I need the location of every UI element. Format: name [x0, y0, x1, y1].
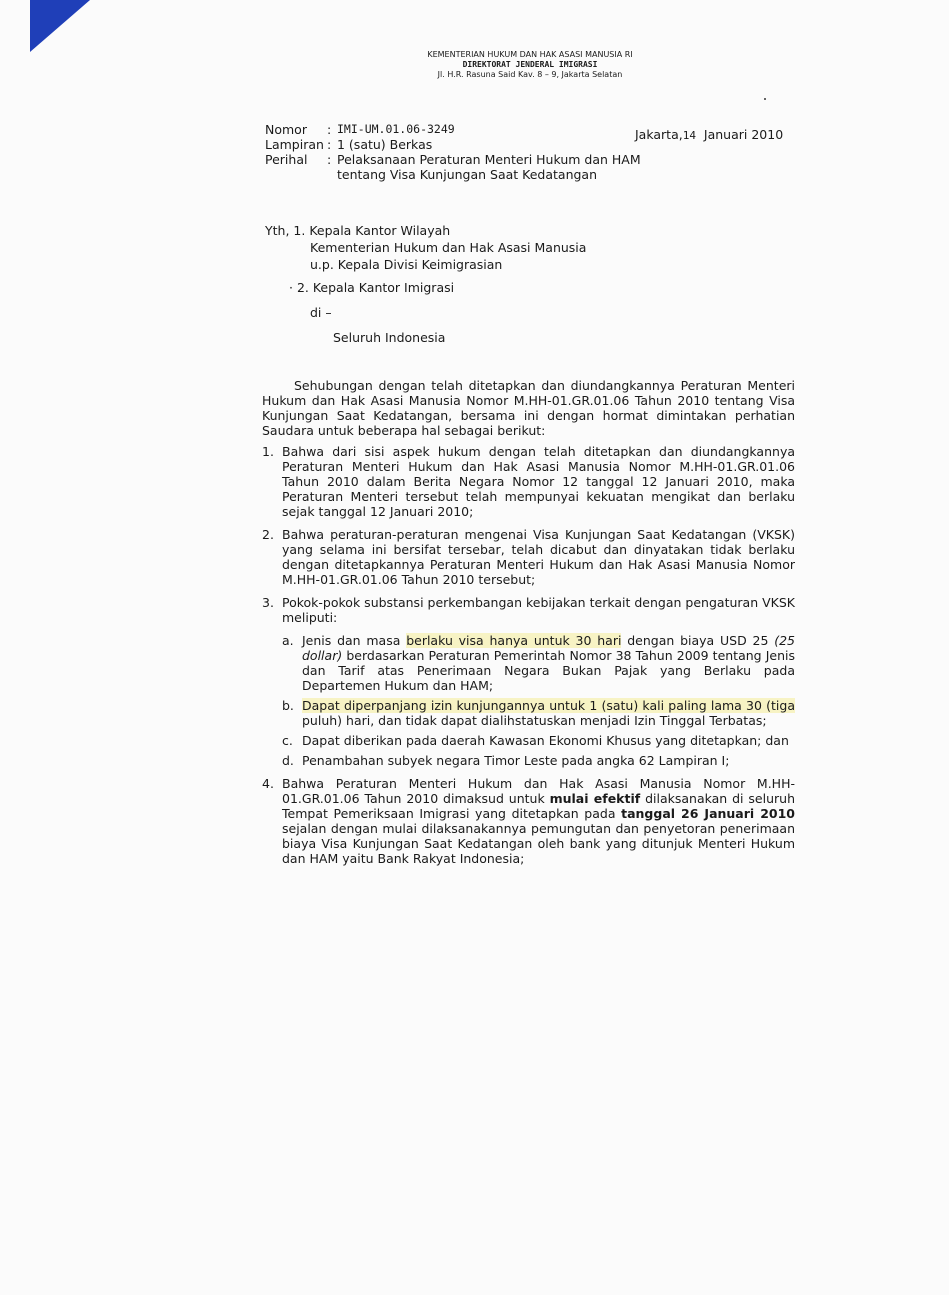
highlighted-text: Dapat diperpanjang izin kunjungannya unt…	[302, 698, 795, 713]
nomor-label: Nomor	[265, 122, 327, 137]
point-1: 1.Bahwa dari sisi aspek hukum dengan tel…	[262, 444, 795, 519]
ministry-name: KEMENTERIAN HUKUM DAN HAK ASASI MANUSIA …	[380, 50, 680, 60]
point-2: 2.Bahwa peraturan-peraturan mengenai Vis…	[262, 527, 795, 587]
perihal-row: Perihal : Pelaksanaan Peraturan Menteri …	[265, 152, 805, 182]
letterhead: KEMENTERIAN HUKUM DAN HAK ASASI MANUSIA …	[380, 50, 680, 80]
point-4: 4.Bahwa Peraturan Menteri Hukum dan Hak …	[262, 776, 795, 866]
recipients: Yth, 1. Kepala Kantor Wilayah Kementeria…	[265, 222, 586, 346]
directorate-name: DIREKTORAT JENDERAL IMIGRASI	[380, 60, 680, 70]
recipient-location: Seluruh Indonesia	[265, 329, 586, 346]
points-list: 1.Bahwa dari sisi aspek hukum dengan tel…	[262, 444, 795, 866]
address: Jl. H.R. Rasuna Said Kav. 8 – 9, Jakarta…	[380, 70, 680, 80]
nomor-value: IMI-UM.01.06-3249	[337, 122, 455, 137]
perihal-value: Pelaksanaan Peraturan Menteri Hukum dan …	[337, 152, 641, 182]
sub-point-b: b.Dapat diperpanjang izin kunjungannya u…	[282, 698, 795, 728]
letter-date: Jakarta,14 Januari 2010	[635, 127, 783, 142]
recipient-2: · 2. Kepala Kantor Imigrasi	[265, 279, 586, 296]
point-3: 3.Pokok-pokok substansi perkembangan keb…	[262, 595, 795, 768]
sub-point-c: c.Dapat diberikan pada daerah Kawasan Ek…	[282, 733, 795, 748]
scan-dot	[764, 98, 766, 100]
letter-body: Sehubungan dengan telah ditetapkan dan d…	[262, 378, 795, 874]
sub-point-a: a.Jenis dan masa berlaku visa hanya untu…	[282, 633, 795, 693]
highlighted-text: berlaku visa hanya untuk 30 hari	[406, 633, 621, 648]
lampiran-label: Lampiran	[265, 137, 327, 152]
recipient-1: Yth, 1. Kepala Kantor Wilayah	[265, 222, 586, 239]
lampiran-value: 1 (satu) Berkas	[337, 137, 432, 152]
sub-points-list: a.Jenis dan masa berlaku visa hanya untu…	[282, 633, 795, 768]
sub-point-d: d.Penambahan subyek negara Timor Leste p…	[282, 753, 795, 768]
opening-paragraph: Sehubungan dengan telah ditetapkan dan d…	[262, 378, 795, 438]
perihal-label: Perihal	[265, 152, 327, 182]
